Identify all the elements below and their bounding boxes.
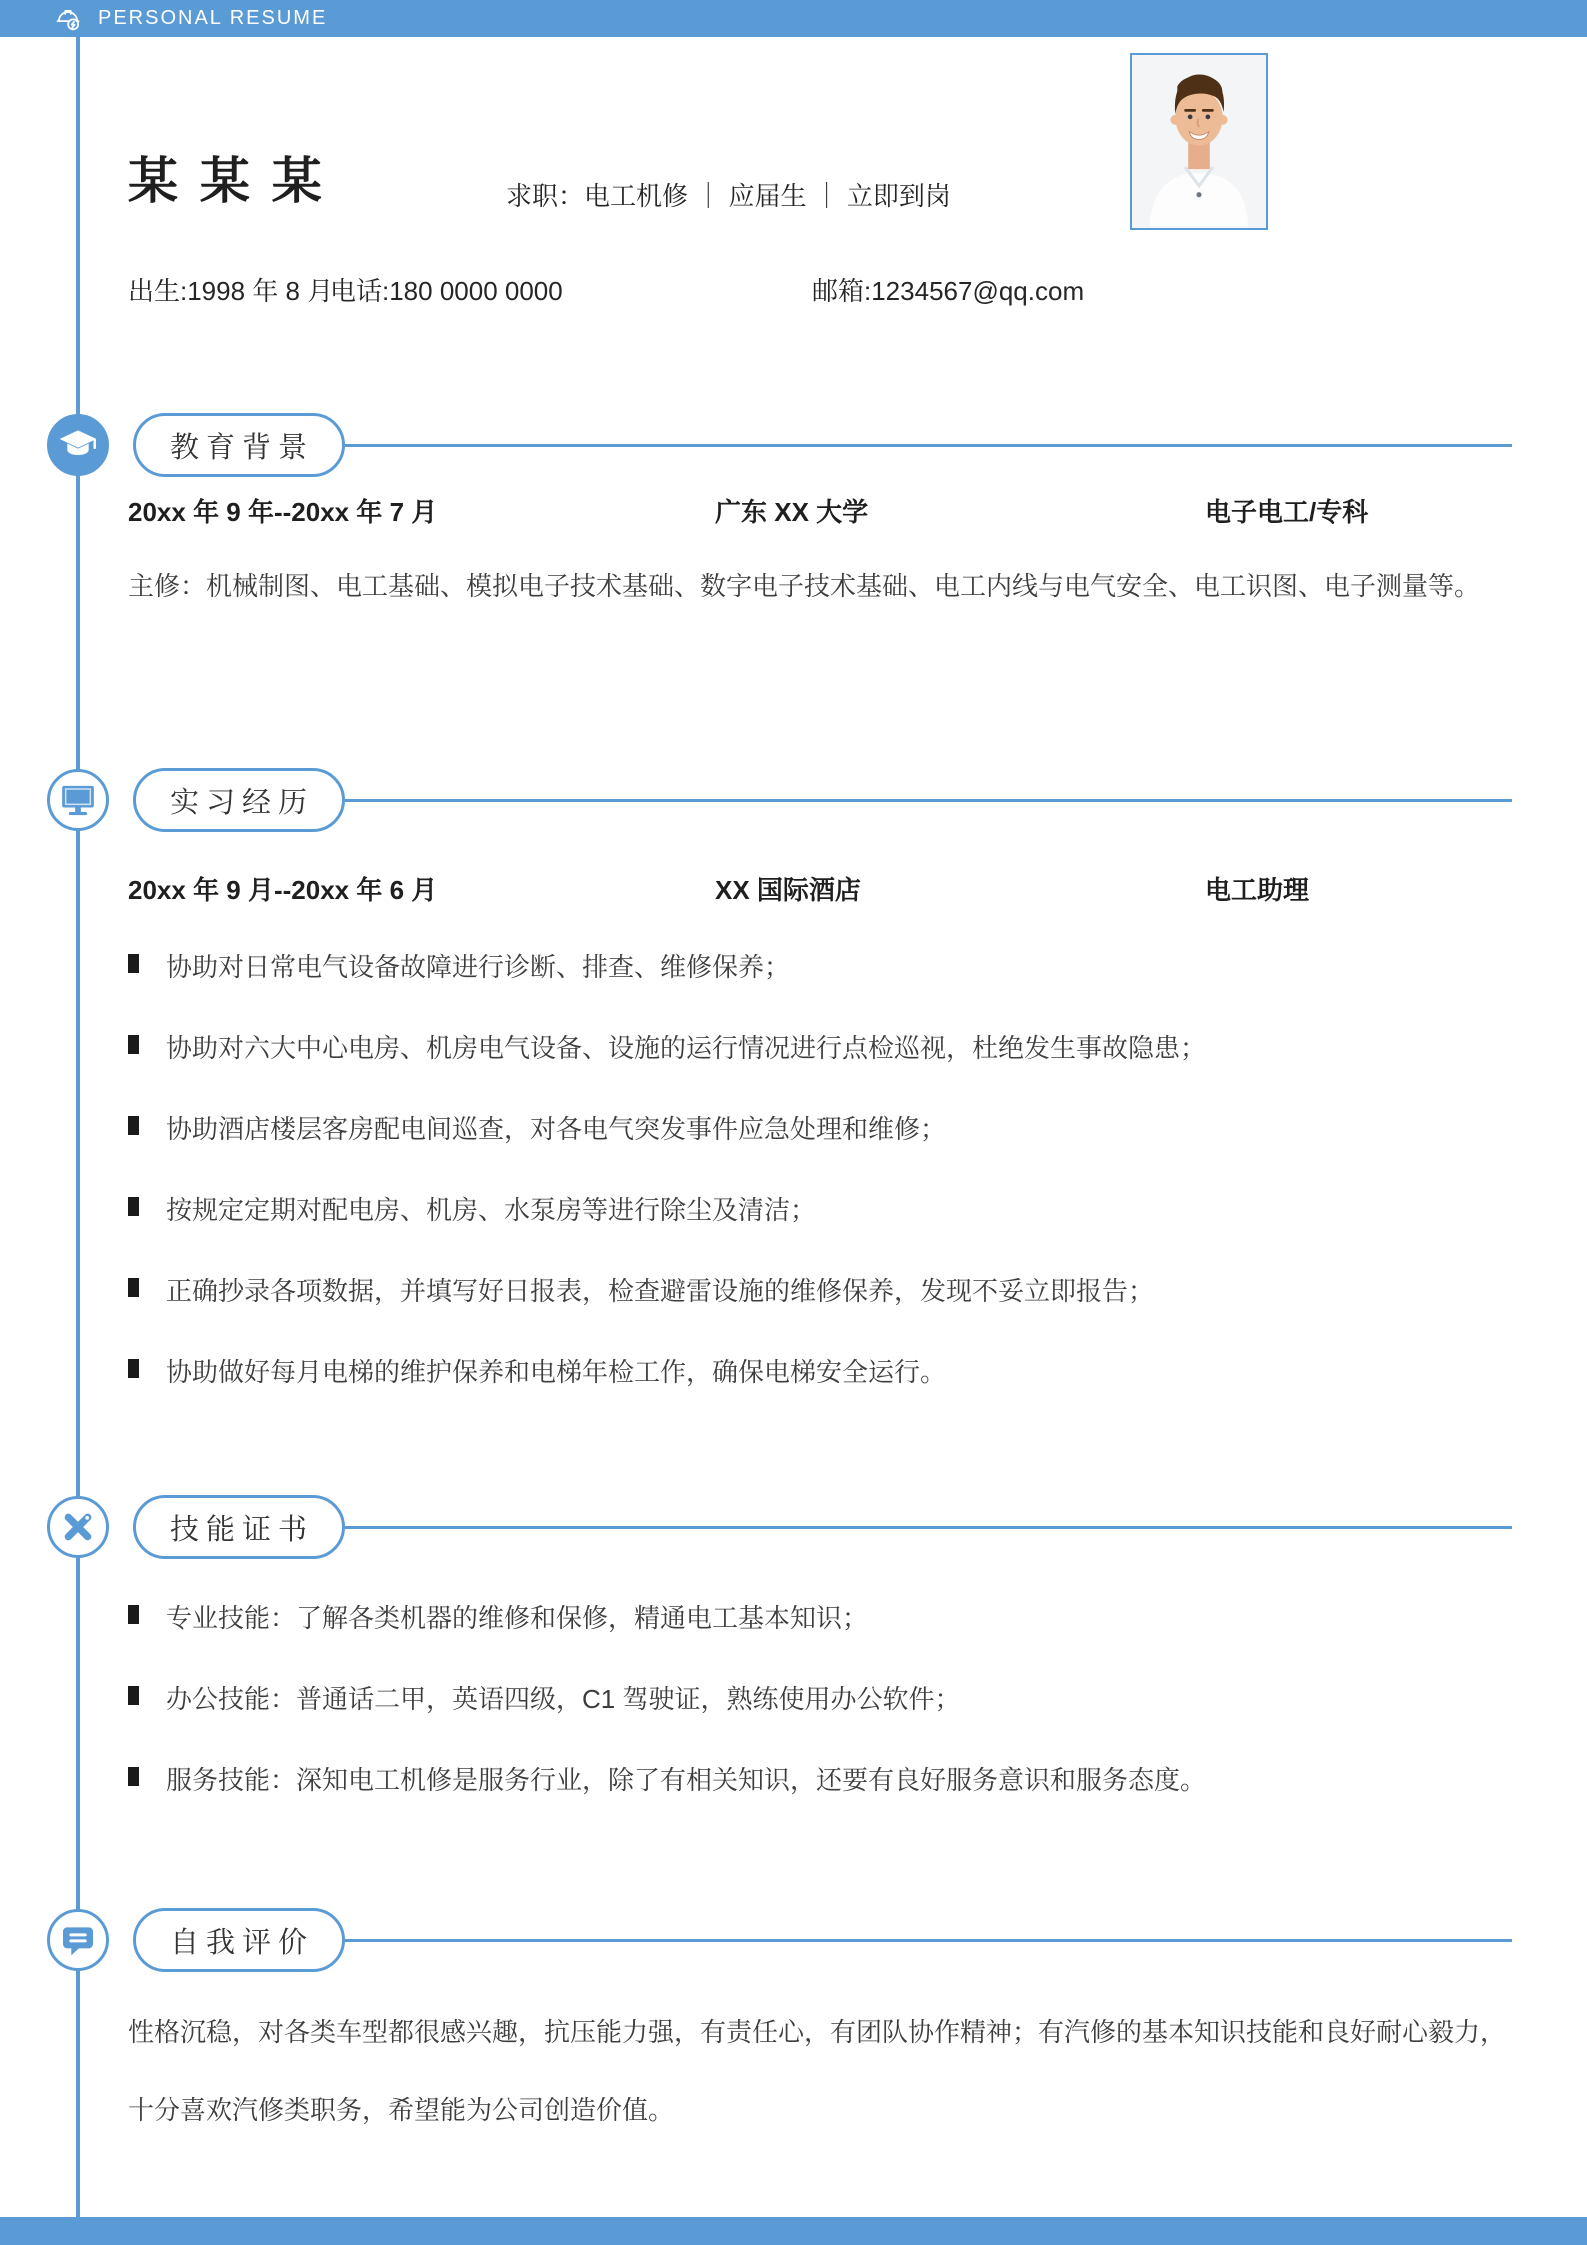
internship-bullet: 协助做好每月电梯的维护保养和电梯年检工作，确保电梯安全运行。 [128,1352,1509,1433]
bullet-square-icon [128,1116,139,1135]
internship-bullet: 协助酒店楼层客房配电间巡查，对各电气突发事件应急处理和维修； [128,1109,1509,1190]
bullet-square-icon [128,954,139,973]
monitor-icon [47,769,109,831]
internship-bullet: 协助对六大中心电房、机房电气设备、设施的运行情况进行点检巡视，杜绝发生事故隐患； [128,1028,1509,1109]
internship-bullet-list: 协助对日常电气设备故障进行诊断、排查、维修保养； 协助对六大中心电房、机房电气设… [128,947,1509,1433]
job-intent: 求职：电工机修 ｜ 应届生 ｜ 立即到岗 [506,176,951,213]
internship-bullet: 正确抄录各项数据，并填写好日报表，检查避雷设施的维修保养，发现不妥立即报告； [128,1271,1509,1352]
internship-company: XX 国际酒店 [715,870,861,907]
top-bar: PERSONAL RESUME [0,0,1587,37]
resume-page: PERSONAL RESUME 某 某 某 求职：电工机修 ｜ 应届生 ｜ 立即… [0,0,1587,2245]
section-skills-header: 技能证书 [47,1495,1512,1559]
speech-bubble-icon [47,1909,109,1971]
page-title: PERSONAL RESUME [98,7,327,30]
bullet-text: 服务技能：深知电工机修是服务行业，除了有相关知识，还要有良好服务意识和服务态度。 [166,1760,1206,1797]
bullet-square-icon [128,1767,139,1786]
internship-bullet: 协助对日常电气设备故障进行诊断、排查、维修保养； [128,947,1509,1028]
internship-bullet: 按规定定期对配电房、机房、水泵房等进行除尘及清洁； [128,1190,1509,1271]
bullet-square-icon [128,1035,139,1054]
bullet-text: 专业技能：了解各类机器的维修和保修，精通电工基本知识； [166,1598,868,1635]
bullet-text: 协助对六大中心电房、机房电气设备、设施的运行情况进行点检巡视，杜绝发生事故隐患； [166,1028,1206,1065]
section-title-pill: 教育背景 [133,413,345,477]
section-rule [345,1526,1512,1529]
birth-field: 出生:1998 年 8 月 [128,271,333,308]
education-school: 广东 XX 大学 [715,492,868,529]
skill-bullet: 办公技能：普通话二甲，英语四级，C1 驾驶证，熟练使用办公软件； [128,1679,1509,1760]
section-rule [345,799,1512,802]
section-self-eval-header: 自我评价 [47,1908,1512,1972]
section-rule [345,444,1512,447]
internship-period: 20xx 年 9 月--20xx 年 6 月 [128,870,437,907]
internship-title: 电工助理 [1205,870,1309,907]
bullet-square-icon [128,1278,139,1297]
email-field: 邮箱:1234567@qq.com [812,271,1084,308]
profile-photo [1130,53,1268,230]
skills-bullet-list: 专业技能：了解各类机器的维修和保修，精通电工基本知识； 办公技能：普通话二甲，英… [128,1598,1509,1841]
bullet-square-icon [128,1197,139,1216]
bullet-text: 协助做好每月电梯的维护保养和电梯年检工作，确保电梯安全运行。 [166,1352,946,1389]
section-title-pill: 实习经历 [133,768,345,832]
bullet-text: 正确抄录各项数据，并填写好日报表，检查避雷设施的维修保养，发现不妥立即报告； [166,1271,1154,1308]
education-major: 电子电工/专科 [1205,492,1368,529]
hard-hat-icon [54,5,82,33]
section-education-header: 教育背景 [47,413,1512,477]
crossed-tools-icon [47,1496,109,1558]
bullet-square-icon [128,1686,139,1705]
bullet-text: 办公技能：普通话二甲，英语四级，C1 驾驶证，熟练使用办公软件； [166,1679,960,1716]
bullet-text: 按规定定期对配电房、机房、水泵房等进行除尘及清洁； [166,1190,816,1227]
bottom-bar [0,2217,1587,2245]
bullet-text: 协助对日常电气设备故障进行诊断、排查、维修保养； [166,947,790,984]
bullet-text: 协助酒店楼层客房配电间巡查，对各电气突发事件应急处理和维修； [166,1109,946,1146]
section-title-pill: 自我评价 [133,1908,345,1972]
section-rule [345,1939,1512,1942]
candidate-name: 某 某 某 [128,141,326,213]
bullet-square-icon [128,1605,139,1624]
bullet-square-icon [128,1359,139,1378]
education-courses: 主修：机械制图、电工基础、模拟电子技术基础、数字电子技术基础、电工内线与电气安全… [128,548,1507,624]
portrait-illustration [1132,55,1266,228]
skill-bullet: 专业技能：了解各类机器的维修和保修，精通电工基本知识； [128,1598,1509,1679]
self-evaluation-text: 性格沉稳，对各类车型都很感兴趣，抗压能力强，有责任心，有团队协作精神；有汽修的基… [128,1993,1507,2149]
phone-field: 电话:180 0000 0000 [330,271,563,308]
section-internship-header: 实习经历 [47,768,1512,832]
timeline-line [76,37,80,2217]
section-title-pill: 技能证书 [133,1495,345,1559]
education-period: 20xx 年 9 年--20xx 年 7 月 [128,492,437,529]
skill-bullet: 服务技能：深知电工机修是服务行业，除了有相关知识，还要有良好服务意识和服务态度。 [128,1760,1509,1841]
graduation-cap-icon [47,414,109,476]
